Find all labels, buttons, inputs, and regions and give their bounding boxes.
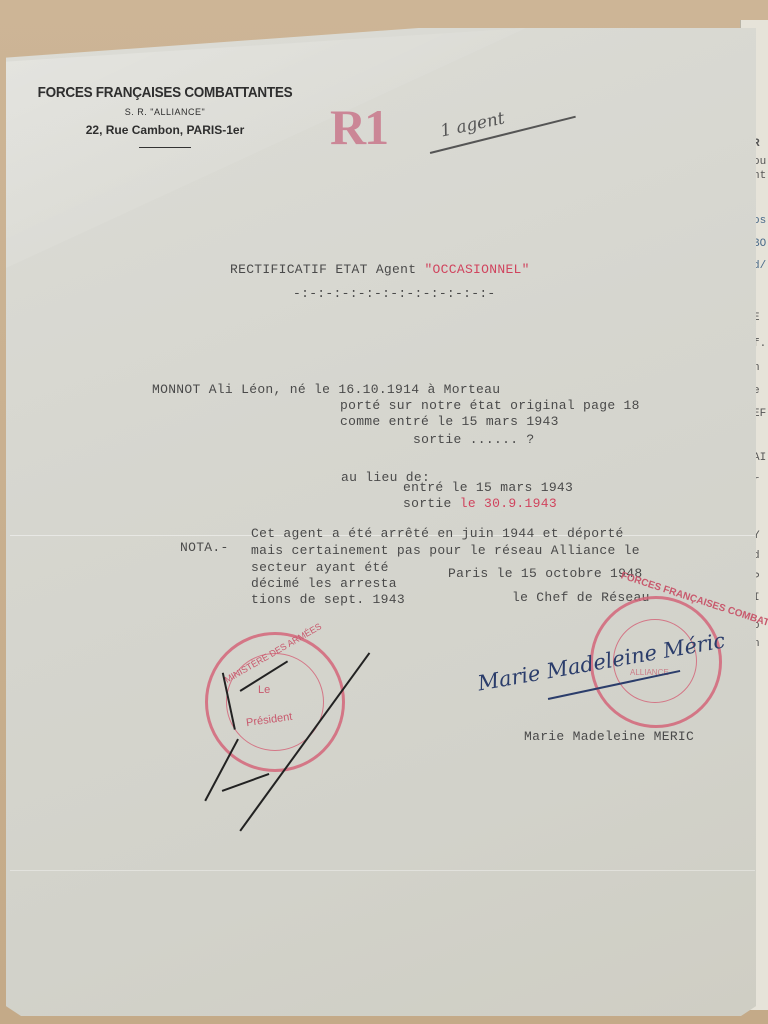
letterhead: FORCES FRANÇAISES COMBATTANTES S. R. "AL…	[20, 84, 310, 148]
nota-line: tions de sept. 1943	[251, 592, 405, 607]
address: 22, Rue Cambon, PARIS-1er	[20, 123, 310, 137]
title-prefix: RECTIFICATIF ETAT Agent	[230, 262, 424, 277]
recorded-entry: comme entré le 15 mars 1943	[340, 414, 559, 429]
nota-line: décimé les arresta	[251, 576, 397, 591]
document-title: RECTIFICATIF ETAT Agent "OCCASIONNEL"	[230, 262, 530, 277]
agent-status: "OCCASIONNEL"	[424, 262, 529, 277]
nota-label: NOTA.-	[180, 540, 229, 555]
nota-line: mais certainement pas pour le réseau All…	[251, 543, 640, 558]
exit-date-correction: le 30.9.1943	[460, 496, 557, 511]
corrected-entry: entré le 15 mars 1943	[403, 480, 573, 495]
corrected-exit: sortie le 30.9.1943	[403, 496, 557, 511]
divider	[139, 147, 191, 148]
seal-center-text: Le	[258, 684, 270, 696]
typed-signatory-name: Marie Madeleine MERIC	[524, 729, 694, 744]
organization-name: FORCES FRANÇAISES COMBATTANTES	[35, 84, 296, 101]
title-separator: -:-:-:-:-:-:-:-:-:-:-:-:-	[293, 286, 496, 301]
nota-line: secteur ayant été	[251, 560, 389, 575]
place-date: Paris le 15 octobre 1948	[448, 566, 642, 581]
r1-stamp: R1	[330, 98, 387, 156]
nota-line: Cet agent a été arrêté en juin 1944 et d…	[251, 526, 624, 541]
recorded-exit: sortie ...... ?	[413, 432, 535, 447]
service-name: S. R. "ALLIANCE"	[20, 107, 310, 117]
paper-crease	[10, 870, 755, 871]
exit-label: sortie	[403, 496, 460, 511]
original-record-reference: porté sur notre état original page 18	[340, 398, 640, 413]
agent-identity: MONNOT Ali Léon, né le 16.10.1914 à Mort…	[152, 382, 500, 397]
